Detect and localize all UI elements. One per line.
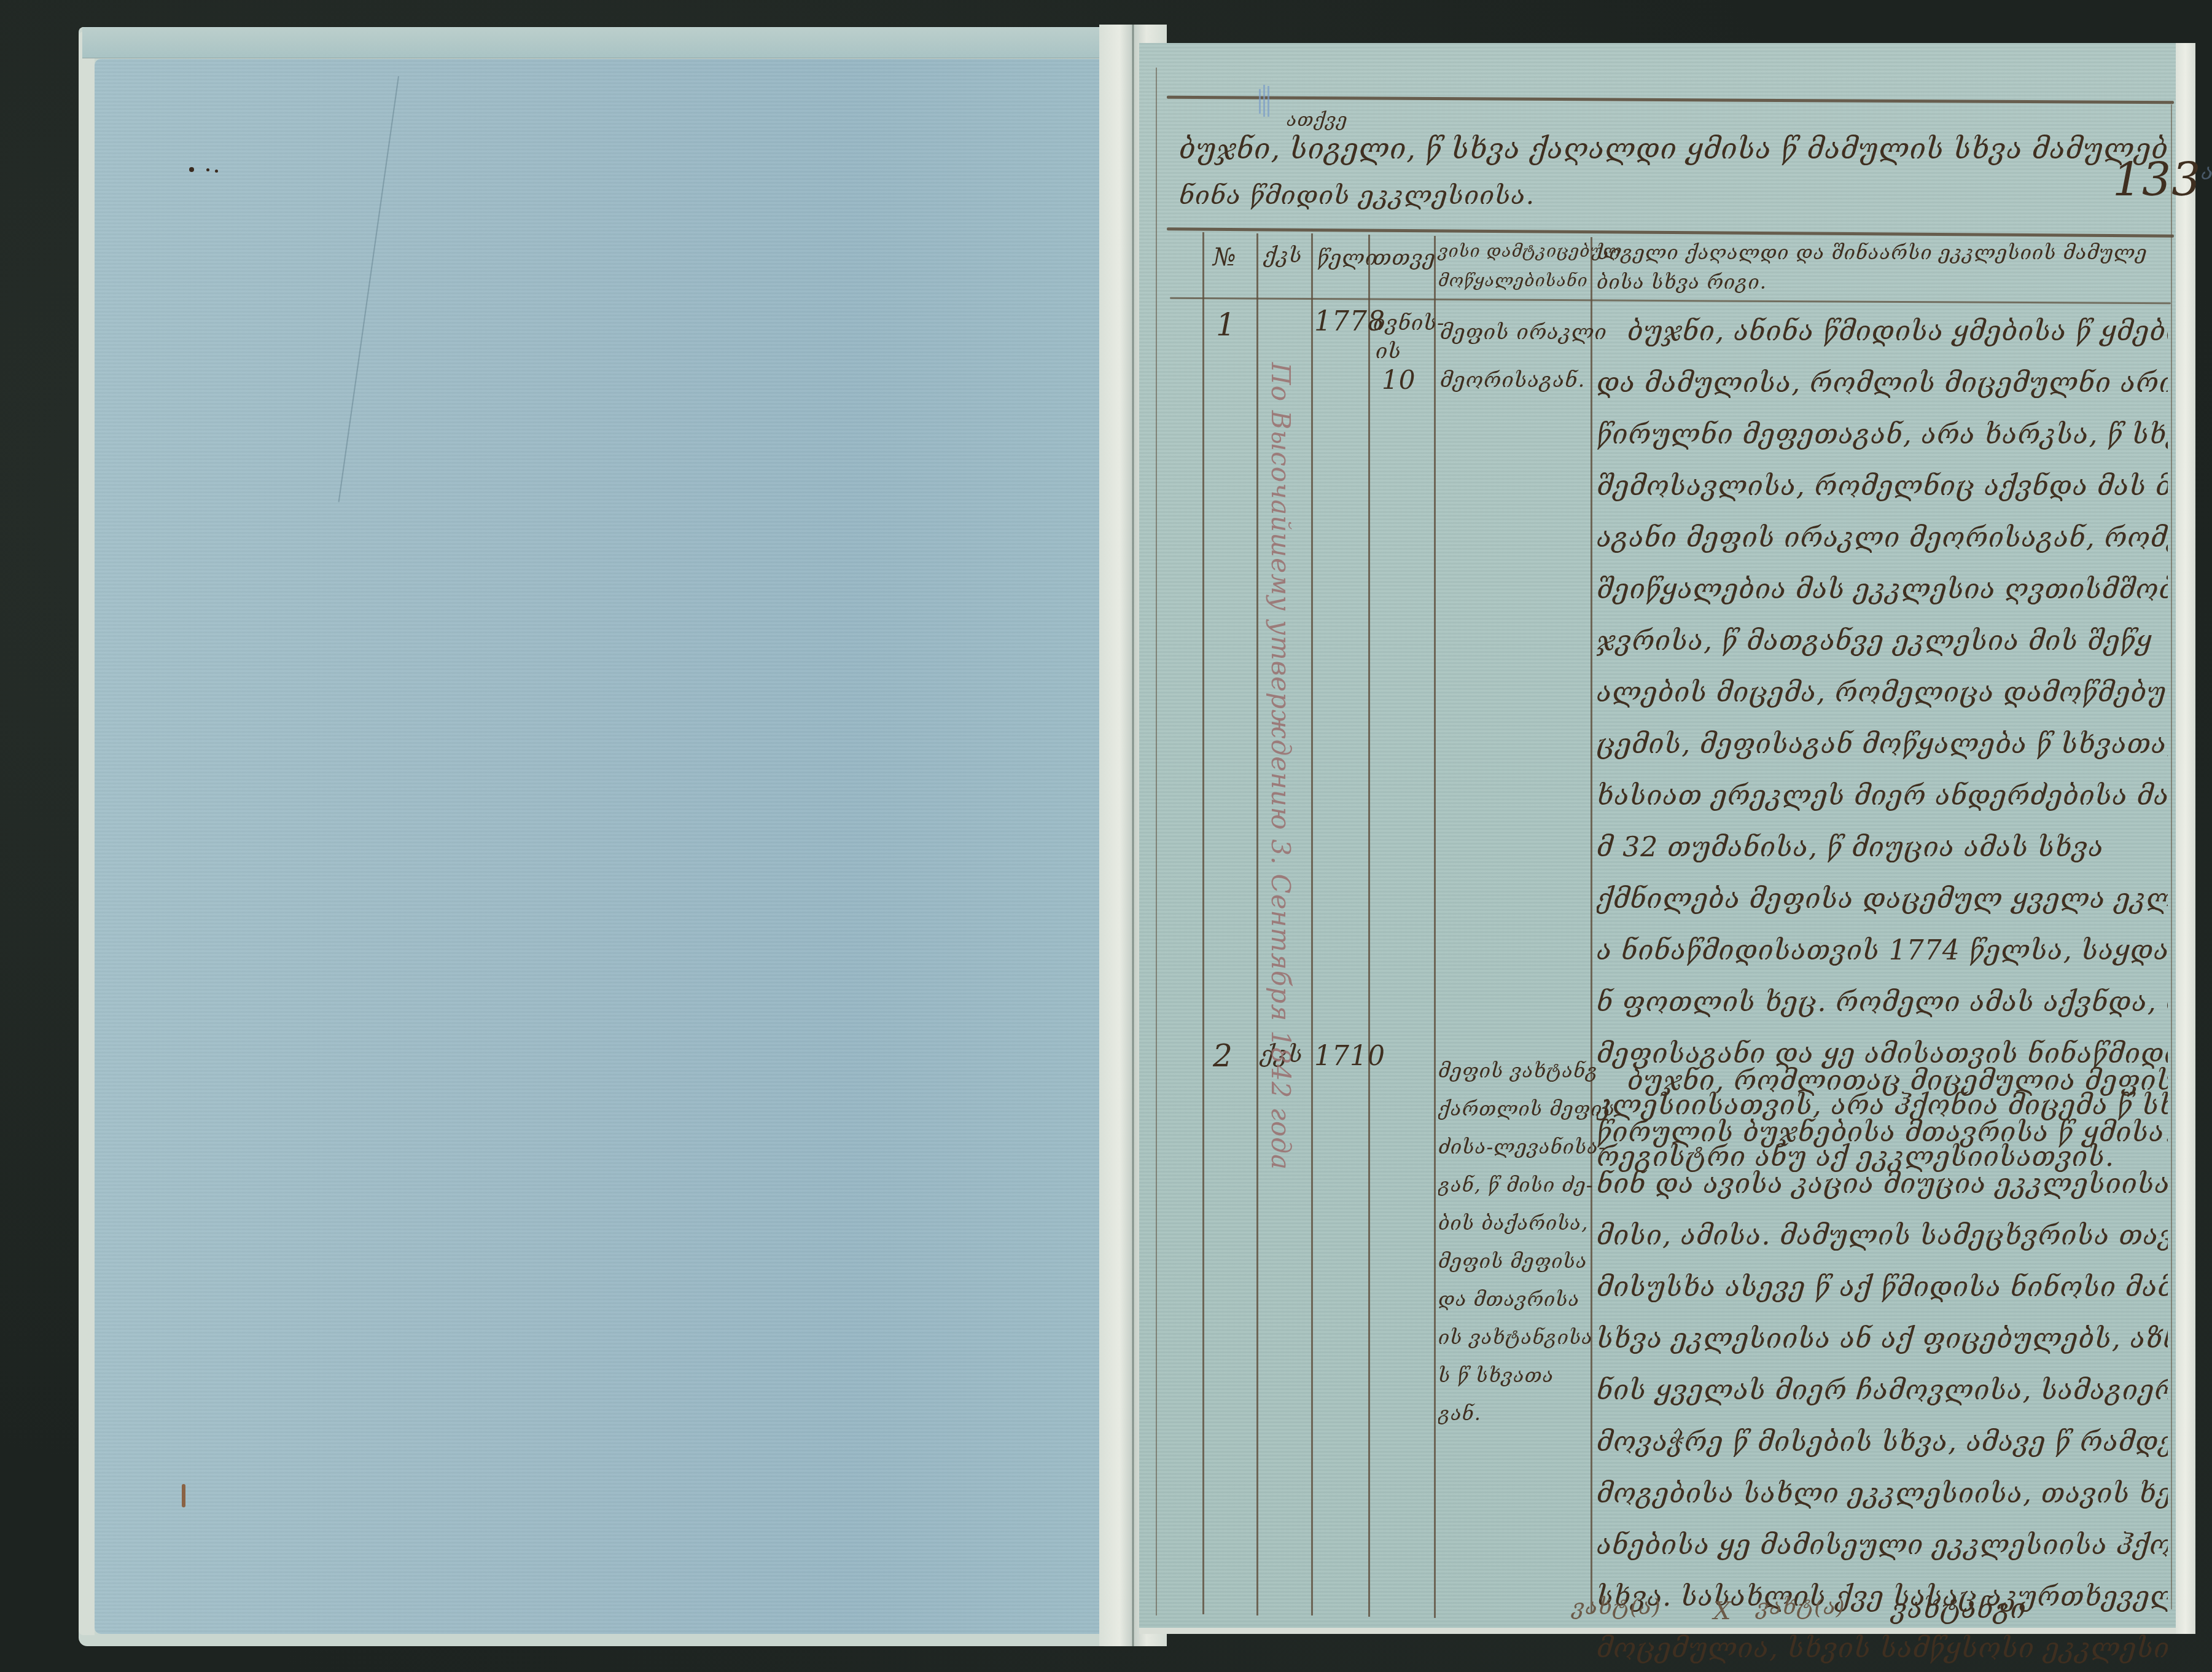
entry-1-body: ბუჯნი, ანინა წმიდისა ყმებისა წ ყმებისა დ… — [1597, 306, 2168, 1183]
blue-pencil-mark — [1259, 89, 1261, 114]
grantor-line: ს წ სხვათა — [1438, 1356, 1615, 1394]
body-line: მოგებისა სახლი ეკკლესიისა, თავის ხელ წი — [1597, 1468, 2168, 1520]
folio-number: 133ა — [2113, 154, 2212, 206]
body-line: სხვა. სასახლის ქვე სასაც აკურთხეველი წმ — [1597, 1571, 2168, 1623]
body-line: მისუსხა ასევე წ აქ წმიდისა ნინოსი მამულ — [1597, 1262, 2168, 1313]
blue-cover-paper — [95, 59, 1104, 1634]
entry-1-number: 1 — [1216, 307, 1236, 343]
grantor-line: ძისა-ლევანისა- — [1438, 1128, 1615, 1166]
grantor-line: ის ვახტანგისა — [1438, 1318, 1615, 1356]
col-header-2: ქკს — [1264, 243, 1303, 268]
col-header-grantor-2: მოწყალებისანი — [1438, 270, 1588, 291]
blue-pencil-mark — [1268, 86, 1269, 117]
cover-top-edge — [82, 27, 1104, 58]
entry-1-month-2: ის — [1376, 339, 1401, 364]
blue-pencil-mark — [1263, 85, 1265, 117]
cover-edge — [79, 32, 95, 1635]
grantor-line: მეფის მეფისა — [1438, 1242, 1615, 1280]
entry-2-number: 2 — [1213, 1038, 1233, 1074]
col-rule-3 — [1311, 233, 1313, 1615]
body-line: ანებისა ყე მამისეული ეკკლესიისა ჰქონდა მ… — [1597, 1520, 2168, 1571]
vertical-pencil-annotation: По Высочайшему утверждению 3. Сентября 1… — [1266, 362, 1296, 1170]
signature: ვახტანგი — [1891, 1593, 2027, 1625]
body-line: მისი, ამისა. მამულის სამეცხვრისა თავადი … — [1597, 1210, 2168, 1262]
body-line: ნინ და ავისა კაცია მიუცია ეკკლესიისა მათ… — [1597, 1158, 2168, 1210]
body-line: მ 32 თუმანისა, წ მიუცია ამას სხვა — [1597, 822, 2168, 873]
body-line: ბუჯნი, რომლითაც მიცემულია მეფისაგან შე- — [1597, 1055, 2168, 1107]
frame-left-rule — [1156, 68, 1157, 1615]
entry-2-body: ბუჯნი, რომლითაც მიცემულია მეფისაგან შე- … — [1597, 1055, 2168, 1672]
grantor-line: ბის ბაქარისა, — [1438, 1204, 1615, 1242]
col-header-content-2: ბისა სხვა რიგი. — [1597, 270, 1767, 294]
entry-2-year: 1710 — [1314, 1041, 1385, 1072]
col-rule-1 — [1202, 232, 1204, 1614]
grantor-line: მეორისაგან. — [1440, 356, 1607, 404]
grantor-line: ქართლის მეფის — [1438, 1090, 1615, 1128]
folio-number-value: 133 — [2113, 154, 2201, 206]
entry-2-grantor: მეფის ვახტანგ ქართლის მეფის ძისა-ლევანის… — [1438, 1052, 1615, 1432]
grantor-line: გან. — [1438, 1394, 1615, 1432]
grantor-line: გან, წ მისი ძე- — [1438, 1166, 1615, 1204]
grantor-line: მეფის ირაკლი — [1440, 308, 1607, 356]
signature-faded-1: ვახტ(ა) — [1572, 1595, 1661, 1620]
body-line: ხასიათ ერეკლეს მიერ ანდერძებისა მამულის — [1597, 770, 2168, 822]
col-rule-2 — [1256, 233, 1258, 1615]
body-line: ნ ფოთლის ხეც. რომელი ამას აქვნდა, რამეთ — [1597, 977, 2168, 1028]
body-line: აგანი მეფის ირაკლი მეორისაგან, რომელსა — [1597, 512, 2168, 564]
body-line: მოცემულია, სხვის სამწყსოსი ეკკლესია მიქმ… — [1597, 1623, 2168, 1672]
body-line: წირულნი მეფეთაგან, არა ხარკსა, წ სხვა ხა… — [1597, 409, 2168, 461]
col-header-content-1: სიგელი ქაღალდი და შინაარსი ეკკლესიის მამ… — [1597, 241, 2148, 264]
ink-speck — [206, 168, 209, 171]
body-line: ა ნინაწმიდისათვის 1774 წელსა, საყდარს ჭა… — [1597, 925, 2168, 977]
col-rule-5 — [1434, 236, 1436, 1618]
entry-1-grantor: მეფის ირაკლი მეორისაგან. — [1440, 308, 1607, 404]
page-edge — [2176, 43, 2195, 1634]
body-line: ნის ყველას მიერ ჩამოვლისა, სამაგიეროდ და — [1597, 1365, 2168, 1416]
body-line: და მამულისა, რომლის მიცემულნი არიან შე- — [1597, 357, 2168, 409]
entry-1-month-1: ივნის- — [1373, 311, 1444, 335]
body-line: ცემის, მეფისაგან მოწყალება წ სხვათა, წ მ… — [1597, 719, 2168, 770]
entry-1-day: 10 — [1382, 365, 1416, 395]
folio-suffix: ა — [2201, 160, 2212, 185]
body-line: წირულის ბუჯნებისა მთავრისა წ ყმისა. ამა — [1597, 1107, 2168, 1158]
grantor-line: და მთავრისა — [1438, 1280, 1615, 1318]
col-header-year: წელი — [1317, 246, 1377, 270]
col-header-month: თთვე — [1373, 246, 1436, 270]
body-line: ქმნილება მეფისა დაცემულ ყველა ეკლესიისა — [1597, 873, 2168, 925]
body-line: სხვა ეკლესიისა ან აქ ფიცებულებს, აზნაურ- — [1597, 1313, 2168, 1365]
left-cover-page — [79, 27, 1104, 1646]
body-line: ბუჯნი, ანინა წმიდისა ყმებისა წ ყმებისა — [1597, 306, 2168, 357]
col-header-number: № — [1213, 243, 1237, 272]
ink-speck — [215, 170, 218, 173]
body-line: შემოსავლისა, რომელნიც აქვნდა მას მეფის- — [1597, 461, 2168, 512]
grantor-line: მეფის ვახტანგ — [1438, 1052, 1615, 1090]
body-line: ალების მიცემა, რომელიცა დამოწმებულ მი- — [1597, 667, 2168, 719]
frame-right-rule — [2171, 104, 2172, 1609]
signature-faded-mark: X — [1713, 1597, 1731, 1625]
col-rule-4 — [1368, 235, 1370, 1617]
ink-speck — [189, 167, 194, 172]
body-line: ჯვრისა, წ მათგანვე ეკლესია მის შეწყ — [1597, 615, 2168, 667]
header-line-2: ნინა წმიდის ეკკლესიისა. — [1179, 170, 1535, 221]
header-line-1: ბუჯნი, სიგელი, წ სხვა ქაღალდი ყმისა წ მა… — [1179, 123, 2168, 174]
col-header-grantor-1: ვისი დამტკიცებულ — [1438, 241, 1622, 261]
stain-mark — [182, 1484, 185, 1507]
body-line: შეიწყალებია მას ეკკლესია ღვთისმშობელისა — [1597, 564, 2168, 615]
signature-faded-2: ვახტ(ა) — [1756, 1595, 1845, 1620]
body-line: მოვაჭრე წ მისების სხვა, ამავე წ რამდენიმ… — [1597, 1416, 2168, 1468]
